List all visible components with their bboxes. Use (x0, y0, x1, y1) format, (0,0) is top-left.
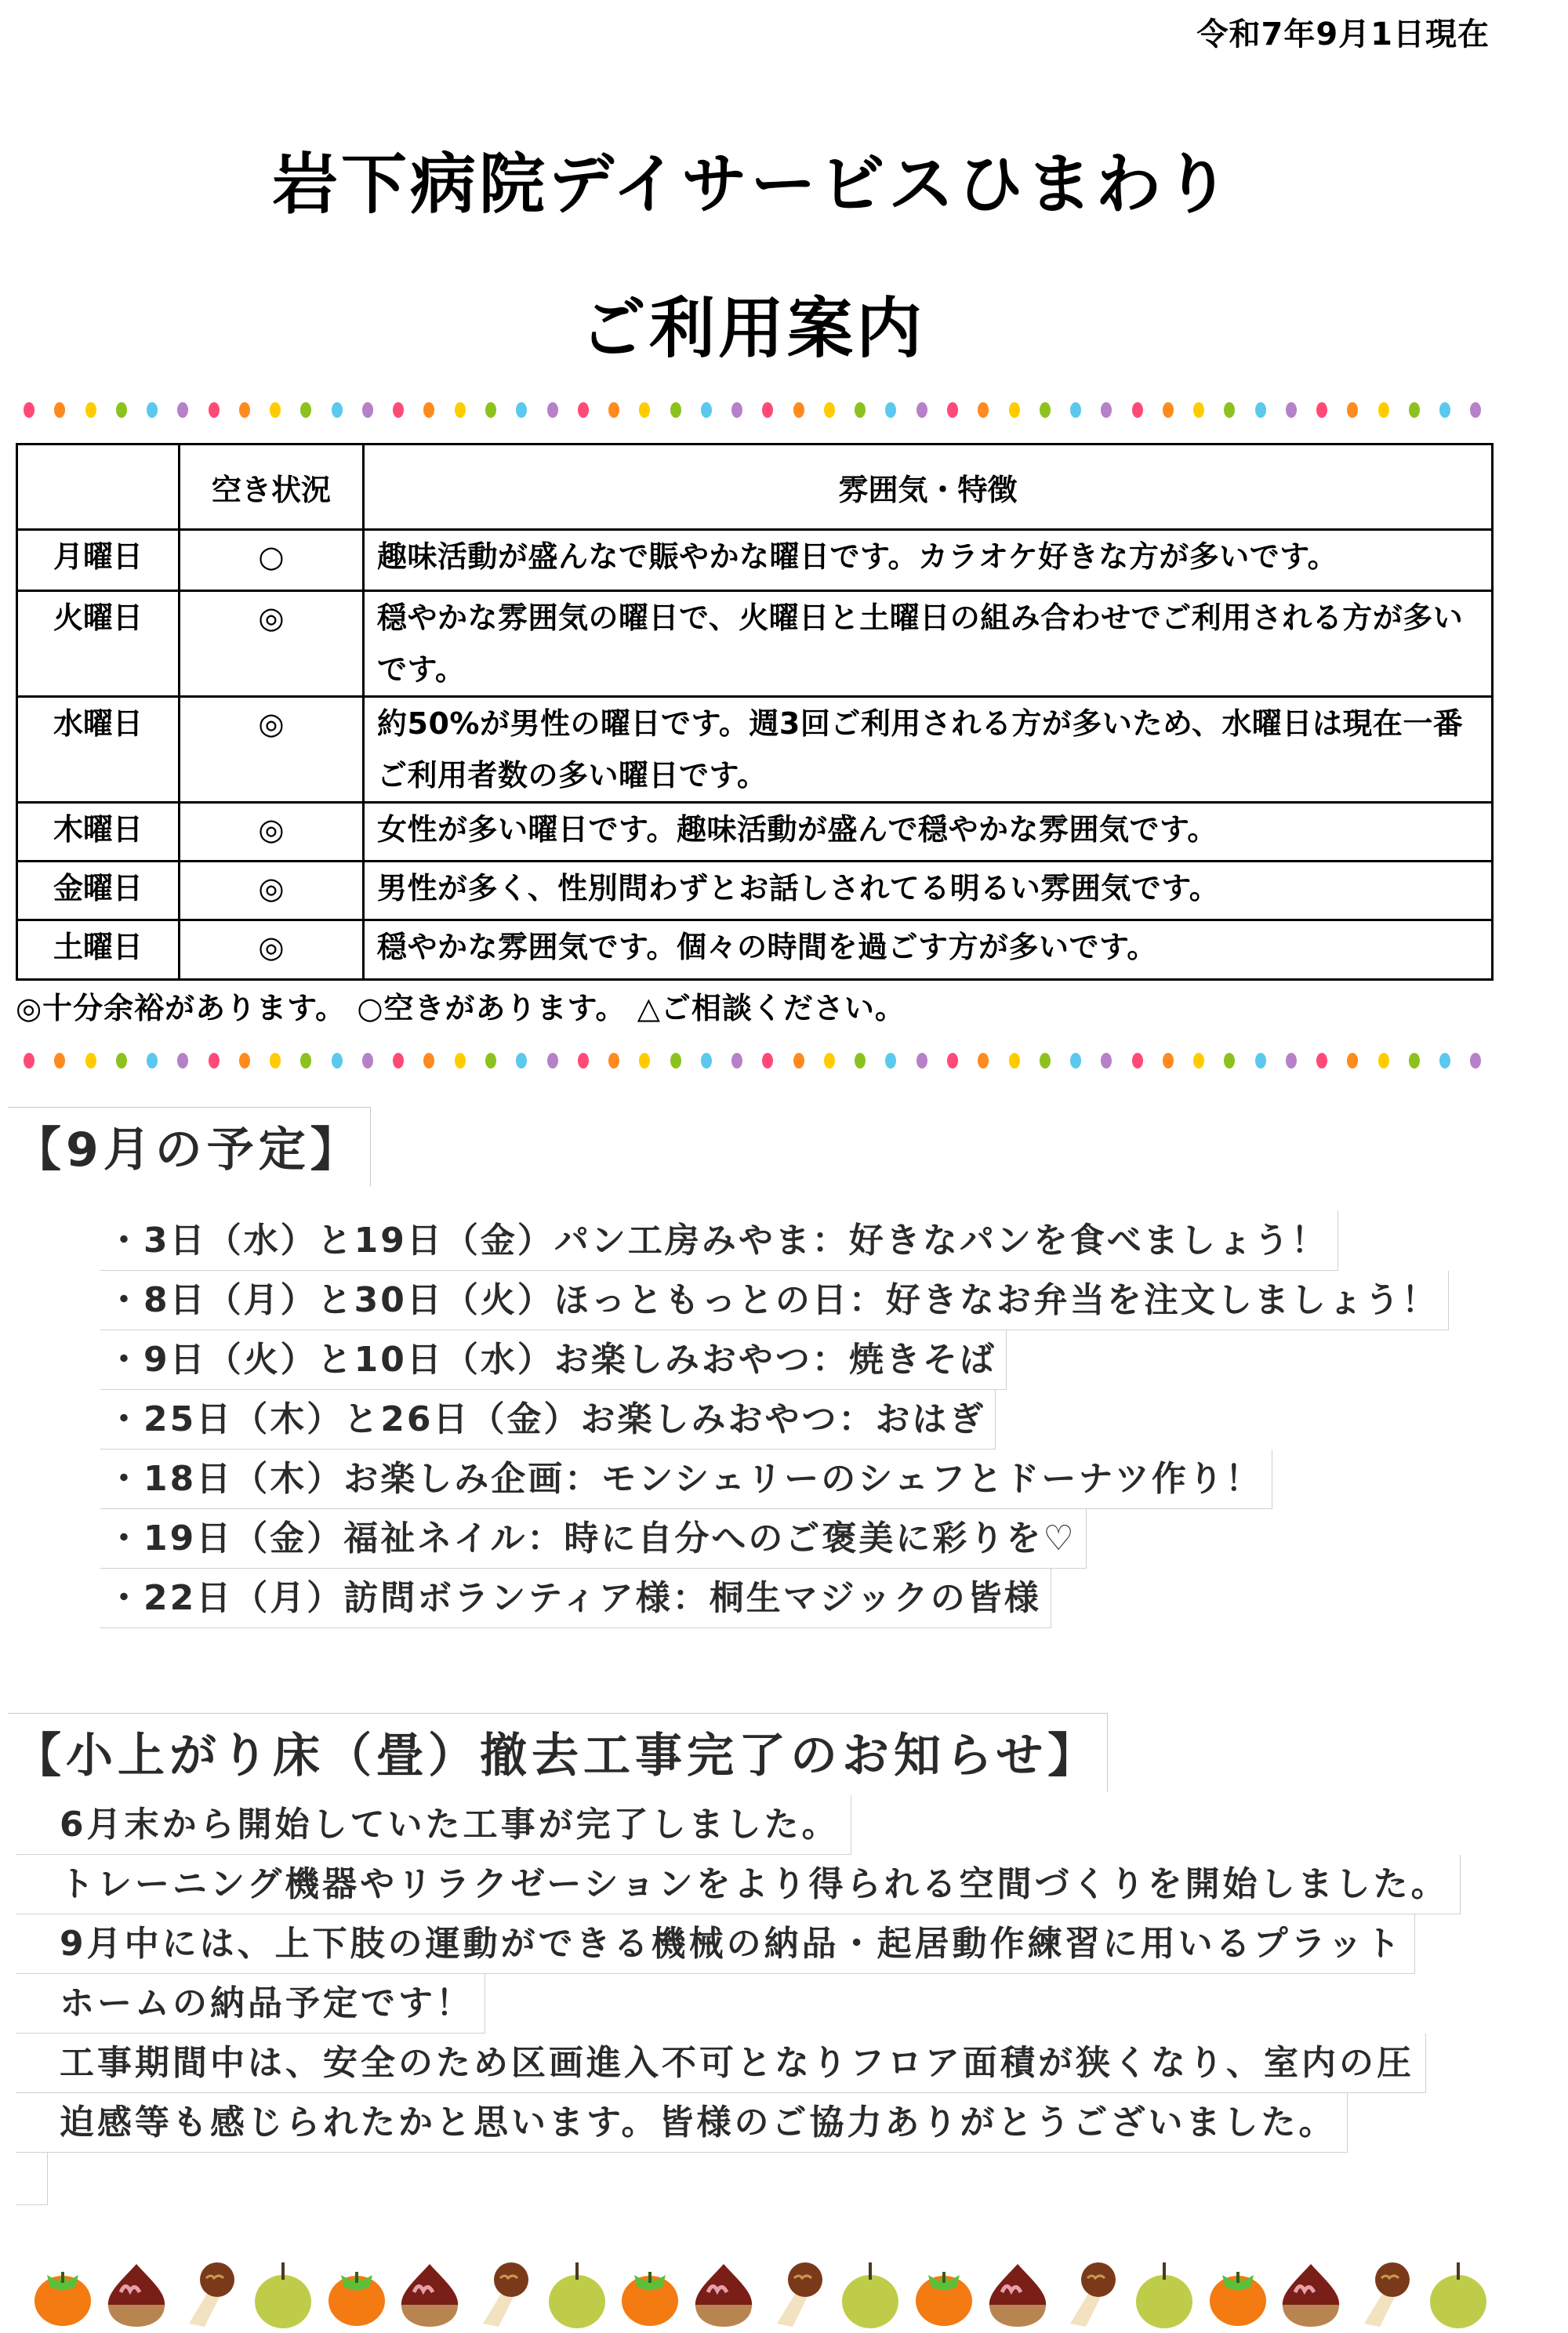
table-header-row: 空き状況 雰囲気・特徴 (17, 444, 1493, 530)
description-cell: 穏やかな雰囲気です。個々の時間を過ごす方が多いです。 (364, 920, 1493, 980)
persimmon-icon (1207, 2258, 1269, 2328)
dot-icon (1286, 402, 1297, 418)
status-cell: ○ (180, 530, 364, 591)
dot-icon (824, 402, 835, 418)
list-item: ・18日（木）お楽しみ企画：モンシェリーのシェフとドーナツ作り！ (100, 1450, 1272, 1509)
dot-icon (1255, 1053, 1266, 1069)
dot-icon (1101, 402, 1112, 418)
table-row: 火曜日 ◎ 穏やかな雰囲気の曜日で、火曜日と土曜日の組み合わせでご利用される方が… (17, 591, 1493, 697)
table-row: 月曜日 ○ 趣味活動が盛んなで賑やかな曜日です。カラオケ好きな方が多いです。 (17, 530, 1493, 591)
dot-icon (54, 1053, 65, 1069)
page-title: 岩下病院デイサービスひまわり (0, 132, 1505, 227)
dot-icon (762, 402, 773, 418)
dot-icon (147, 1053, 158, 1069)
dot-icon (209, 1053, 220, 1069)
pear-icon (839, 2258, 902, 2328)
dot-icon (300, 402, 311, 418)
dot-icon (1132, 1053, 1143, 1069)
dot-icon (1070, 402, 1081, 418)
day-cell: 土曜日 (17, 920, 180, 980)
dot-icon (455, 1053, 466, 1069)
dot-icon (762, 1053, 773, 1069)
dot-icon (177, 1053, 188, 1069)
notice-line: トレーニング機器やリラクゼーションをより得られる空間づくりを開始しました。 (16, 1855, 1461, 1914)
chestnut-icon (986, 2258, 1049, 2328)
dot-icon (916, 402, 927, 418)
dot-icon (116, 402, 127, 418)
dot-icon (1316, 1053, 1327, 1069)
dot-icon (578, 402, 589, 418)
day-cell: 金曜日 (17, 862, 180, 920)
notice-line: 6月末から開始していた工事が完了しました。 (16, 1795, 851, 1855)
header-description: 雰囲気・特徴 (364, 444, 1493, 530)
dot-icon (824, 1053, 835, 1069)
dot-icon (947, 402, 958, 418)
status-cell: ◎ (180, 862, 364, 920)
table-row: 水曜日 ◎ 約50%が男性の曜日です。週3回ご利用される方が多いため、水曜日は現… (17, 697, 1493, 803)
description-cell: 趣味活動が盛んなで賑やかな曜日です。カラオケ好きな方が多いです。 (364, 530, 1493, 591)
dot-icon (300, 1053, 311, 1069)
persimmon-icon (325, 2258, 388, 2328)
status-cell: ◎ (180, 697, 364, 803)
dot-icon (485, 402, 496, 418)
dot-icon (54, 402, 65, 418)
dot-icon (239, 402, 250, 418)
dot-divider-top (24, 401, 1482, 419)
dot-divider-bottom (24, 1052, 1482, 1069)
dot-icon (947, 1053, 958, 1069)
dot-icon (1132, 402, 1143, 418)
dot-icon (1163, 402, 1174, 418)
dot-icon (701, 1053, 712, 1069)
dot-icon (239, 1053, 250, 1069)
dot-icon (485, 1053, 496, 1069)
dot-icon (1224, 402, 1235, 418)
pear-icon (1133, 2258, 1196, 2328)
status-cell: ◎ (180, 803, 364, 862)
notice-body: 6月末から開始していた工事が完了しました。 トレーニング機器やリラクゼーションを… (16, 1795, 1461, 2205)
pear-icon (252, 2258, 314, 2328)
dot-icon (270, 402, 281, 418)
status-cell: ◎ (180, 591, 364, 697)
description-cell: 男性が多く、性別問わずとお話しされてる明るい雰囲気です。 (364, 862, 1493, 920)
dot-icon (1347, 402, 1358, 418)
header-status: 空き状況 (180, 444, 364, 530)
dot-icon (1378, 402, 1389, 418)
schedule-heading: 【9月の予定】 (8, 1107, 371, 1186)
dot-icon (362, 402, 373, 418)
notice-line: 工事期間中は、安全のため区画進入不可となりフロア面積が狭くなり、室内の圧 (16, 2034, 1426, 2093)
dot-icon (731, 402, 742, 418)
dot-icon (1316, 402, 1327, 418)
list-item: ・8日（月）と30日（火）ほっともっとの日：好きなお弁当を注文しましょう！ (100, 1271, 1449, 1330)
chestnut-icon (1279, 2258, 1342, 2328)
chestnut-icon (398, 2258, 461, 2328)
dot-icon (1163, 1053, 1174, 1069)
dot-icon (1255, 402, 1266, 418)
as-of-date: 令和7年9月1日現在 (1197, 9, 1490, 54)
dot-icon (1470, 1053, 1481, 1069)
day-cell: 火曜日 (17, 591, 180, 697)
dot-icon (885, 1053, 896, 1069)
dot-icon (1193, 1053, 1204, 1069)
dot-icon (1470, 402, 1481, 418)
dot-icon (731, 1053, 742, 1069)
mushroom-icon (1353, 2258, 1416, 2328)
dot-icon (1009, 1053, 1020, 1069)
dot-icon (608, 1053, 619, 1069)
list-item: ・3日（水）と19日（金）パン工房みやま：好きなパンを食べましょう！ (100, 1211, 1338, 1271)
dot-icon (85, 402, 96, 418)
dot-icon (1409, 402, 1420, 418)
dot-icon (393, 1053, 404, 1069)
list-item: ・25日（木）と26日（金）お楽しみおやつ：おはぎ (100, 1390, 996, 1450)
notice-line: ホームの納品予定です！ (16, 1974, 485, 2034)
dot-icon (701, 402, 712, 418)
dot-icon (1009, 402, 1020, 418)
dot-icon (147, 402, 158, 418)
dot-icon (670, 1053, 681, 1069)
dot-icon (978, 1053, 989, 1069)
dot-icon (793, 1053, 804, 1069)
dot-icon (547, 402, 558, 418)
dot-icon (1439, 1053, 1450, 1069)
dot-icon (332, 402, 343, 418)
table-row: 木曜日 ◎ 女性が多い曜日です。趣味活動が盛んで穏やかな雰囲気です。 (17, 803, 1493, 862)
dot-icon (1286, 1053, 1297, 1069)
dot-icon (270, 1053, 281, 1069)
day-cell: 木曜日 (17, 803, 180, 862)
schedule-list: ・3日（水）と19日（金）パン工房みやま：好きなパンを食べましょう！ ・8日（月… (100, 1211, 1449, 1628)
day-cell: 水曜日 (17, 697, 180, 803)
dot-icon (1040, 1053, 1051, 1069)
dot-icon (516, 402, 527, 418)
dot-icon (332, 1053, 343, 1069)
page-subtitle: ご利用案内 (0, 276, 1505, 371)
mushroom-icon (178, 2258, 241, 2328)
dot-icon (116, 1053, 127, 1069)
dot-icon (855, 1053, 866, 1069)
list-item: ・22日（月）訪問ボランティア様：桐生マジックの皆様 (100, 1569, 1051, 1628)
dot-icon (24, 402, 34, 418)
dot-icon (209, 402, 220, 418)
persimmon-icon (619, 2258, 681, 2328)
dot-icon (455, 402, 466, 418)
table-row: 金曜日 ◎ 男性が多く、性別問わずとお話しされてる明るい雰囲気です。 (17, 862, 1493, 920)
dot-icon (1224, 1053, 1235, 1069)
persimmon-icon (913, 2258, 975, 2328)
dot-icon (1378, 1053, 1389, 1069)
day-cell: 月曜日 (17, 530, 180, 591)
dot-icon (1101, 1053, 1112, 1069)
dot-icon (793, 402, 804, 418)
dot-icon (639, 1053, 650, 1069)
chestnut-icon (692, 2258, 755, 2328)
dot-icon (393, 402, 404, 418)
dot-icon (1409, 1053, 1420, 1069)
mushroom-icon (472, 2258, 535, 2328)
notice-heading: 【小上がり床（畳）撤去工事完了のお知らせ】 (8, 1713, 1108, 1792)
dot-icon (362, 1053, 373, 1069)
description-cell: 約50%が男性の曜日です。週3回ご利用される方が多いため、水曜日は現在一番ご利用… (364, 697, 1493, 803)
description-cell: 女性が多い曜日です。趣味活動が盛んで穏やかな雰囲気です。 (364, 803, 1493, 862)
description-cell: 穏やかな雰囲気の曜日で、火曜日と土曜日の組み合わせでご利用される方が多いです。 (364, 591, 1493, 697)
notice-line: 迫感等も感じられたかと思います。皆様のご協力ありがとうございました。 (16, 2093, 1348, 2153)
list-item: ・9日（火）と10日（水）お楽しみおやつ：焼きそば (100, 1330, 1007, 1390)
dot-icon (1347, 1053, 1358, 1069)
dot-icon (1070, 1053, 1081, 1069)
dot-icon (578, 1053, 589, 1069)
dot-icon (670, 402, 681, 418)
dot-icon (547, 1053, 558, 1069)
dot-icon (608, 402, 619, 418)
availability-legend: ◎十分余裕があります。 ○空きがあります。 △ご相談ください。 (16, 984, 906, 1027)
dot-icon (177, 402, 188, 418)
pear-icon (546, 2258, 608, 2328)
mushroom-icon (766, 2258, 829, 2328)
list-item: ・19日（金）福祉ネイル：時に自分へのご褒美に彩りを♡ (100, 1509, 1087, 1569)
dot-icon (639, 402, 650, 418)
dot-icon (1193, 402, 1204, 418)
dot-icon (24, 1053, 34, 1069)
dot-icon (516, 1053, 527, 1069)
dot-icon (885, 402, 896, 418)
notice-blank-line (16, 2153, 48, 2205)
chestnut-icon (105, 2258, 168, 2328)
dot-icon (1439, 402, 1450, 418)
dot-icon (423, 1053, 434, 1069)
persimmon-icon (31, 2258, 94, 2328)
autumn-fruit-border (31, 2254, 1490, 2328)
dot-icon (916, 1053, 927, 1069)
dot-icon (423, 402, 434, 418)
dot-icon (85, 1053, 96, 1069)
dot-icon (855, 402, 866, 418)
table-row: 土曜日 ◎ 穏やかな雰囲気です。個々の時間を過ごす方が多いです。 (17, 920, 1493, 980)
dot-icon (978, 402, 989, 418)
pear-icon (1427, 2258, 1490, 2328)
dot-icon (1040, 402, 1051, 418)
header-day (17, 444, 180, 530)
mushroom-icon (1059, 2258, 1122, 2328)
notice-line: 9月中には、上下肢の運動ができる機械の納品・起居動作練習に用いるプラット (16, 1914, 1415, 1974)
availability-table: 空き状況 雰囲気・特徴 月曜日 ○ 趣味活動が盛んなで賑やかな曜日です。カラオケ… (16, 443, 1494, 981)
status-cell: ◎ (180, 920, 364, 980)
